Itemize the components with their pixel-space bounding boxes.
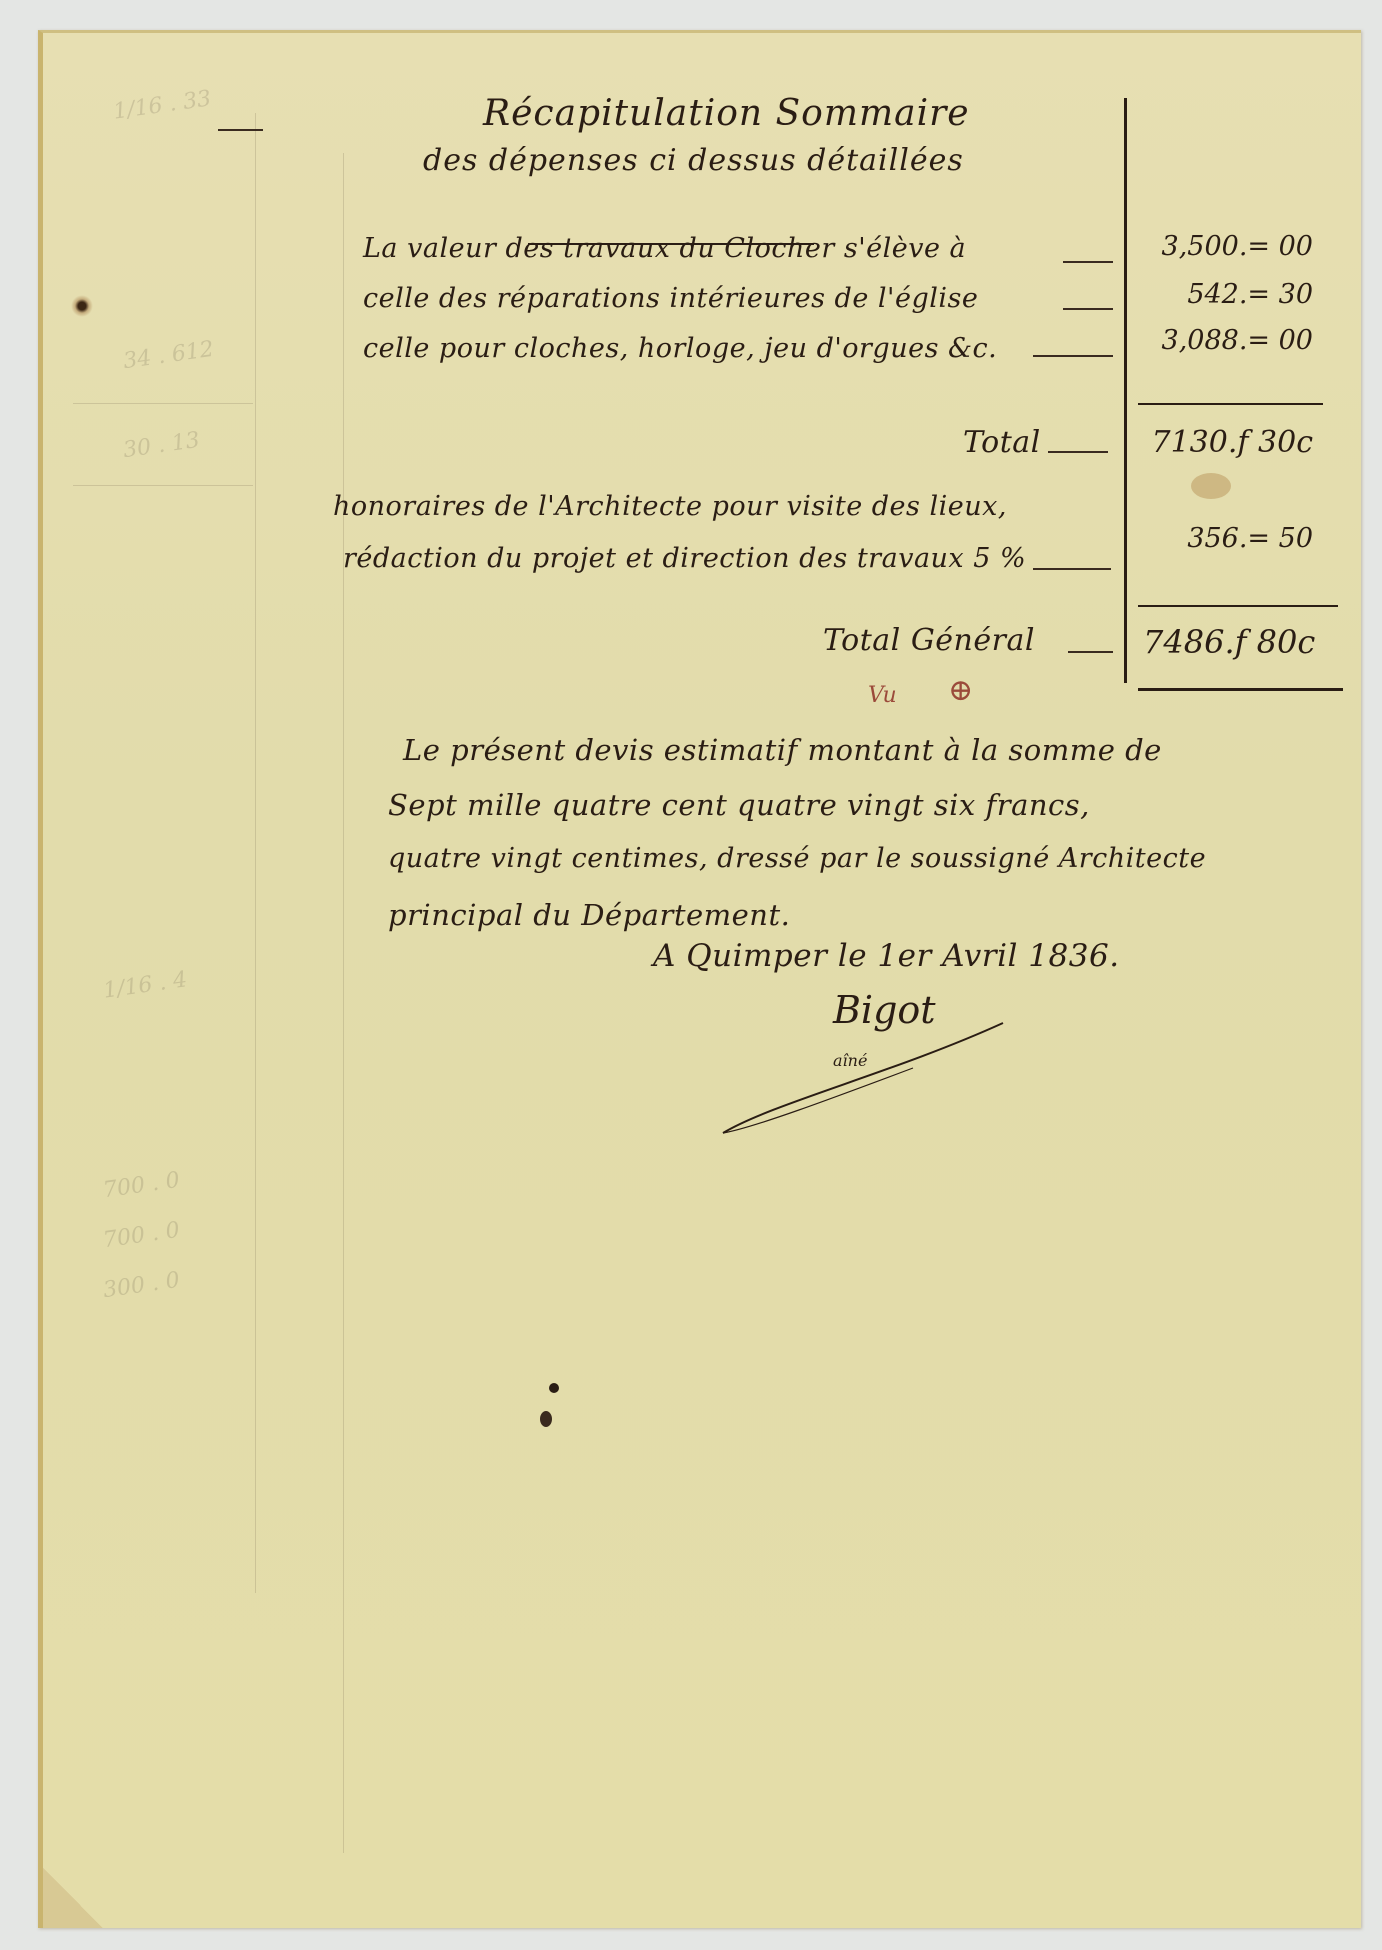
closing-line-4: principal du Département. [388, 898, 790, 932]
fees-amount: 356.= 50 [1143, 523, 1313, 554]
closing-line-1: Le présent devis estimatif montant à la … [403, 733, 1162, 767]
signature-flourish [713, 1013, 1023, 1143]
ink-spot [540, 1411, 552, 1427]
margin-rule [255, 113, 256, 1593]
bleed-through-mark: 300 . 0 [102, 1268, 182, 1303]
bleed-through-mark: 34 . 612 [122, 337, 216, 374]
title-line-1: Récapitulation Sommaire [483, 93, 970, 134]
fees-line-2: rédaction du projet et direction des tra… [343, 543, 1026, 574]
item-label: celle des réparations intérieures de l'é… [363, 283, 978, 314]
place-date: A Quimper le 1er Avril 1836. [653, 938, 1120, 974]
leader-dash [1033, 568, 1111, 570]
amount-column-rule [1124, 98, 1127, 683]
item-amount: 3,088.= 00 [1143, 325, 1313, 356]
bleed-through-mark: 700 . 0 [102, 1218, 182, 1253]
closing-line-3: quatre vingt centimes, dressé par le sou… [388, 843, 1206, 874]
item-label: celle pour cloches, horloge, jeu d'orgue… [363, 333, 997, 364]
margin-dash [218, 129, 263, 131]
vu-annotation: Vu [868, 683, 897, 708]
total-amount: 7130.f 30c [1143, 425, 1313, 460]
ink-stain [71, 295, 93, 317]
item-label: La valeur des travaux du Clocher s'élève… [363, 233, 966, 264]
manuscript-page: 1/16 . 33 34 . 612 30 . 13 1/16 . 4 700 … [38, 30, 1361, 1928]
leader-dash [1063, 261, 1113, 263]
ink-spot [549, 1383, 559, 1393]
grand-total-label: Total Général [823, 623, 1035, 658]
title-line-2: des dépenses ci dessus détaillées [423, 143, 964, 178]
bleed-through-mark: 700 . 0 [102, 1168, 182, 1203]
grand-total-amount: 7486.f 80c [1143, 623, 1313, 661]
item-amount: 3,500.= 00 [1143, 231, 1313, 262]
bleed-through-mark: 30 . 13 [122, 428, 202, 463]
item-amount: 542.= 30 [1143, 279, 1313, 310]
grand-total-rule [1138, 605, 1338, 607]
margin-rule [73, 485, 253, 486]
margin-rule [73, 403, 253, 404]
grand-total-double-rule [1138, 688, 1343, 691]
bleed-through-mark: 1/16 . 33 [112, 86, 213, 124]
bleed-through-mark: 1/16 . 4 [102, 967, 189, 1004]
fees-line-1: honoraires de l'Architecte pour visite d… [333, 491, 1007, 522]
red-flourish-mark: ⊕ [948, 673, 973, 708]
closing-line-2: Sept mille quatre cent quatre vingt six … [388, 788, 1090, 822]
leader-dash [1068, 651, 1113, 653]
leader-dash [1033, 355, 1113, 357]
margin-rule [343, 153, 344, 1853]
subtotal-rule [1138, 403, 1323, 405]
total-label: Total [963, 425, 1041, 460]
leader-dash [1063, 308, 1113, 310]
paper-stain [1191, 473, 1231, 499]
leader-dash [1048, 451, 1108, 453]
